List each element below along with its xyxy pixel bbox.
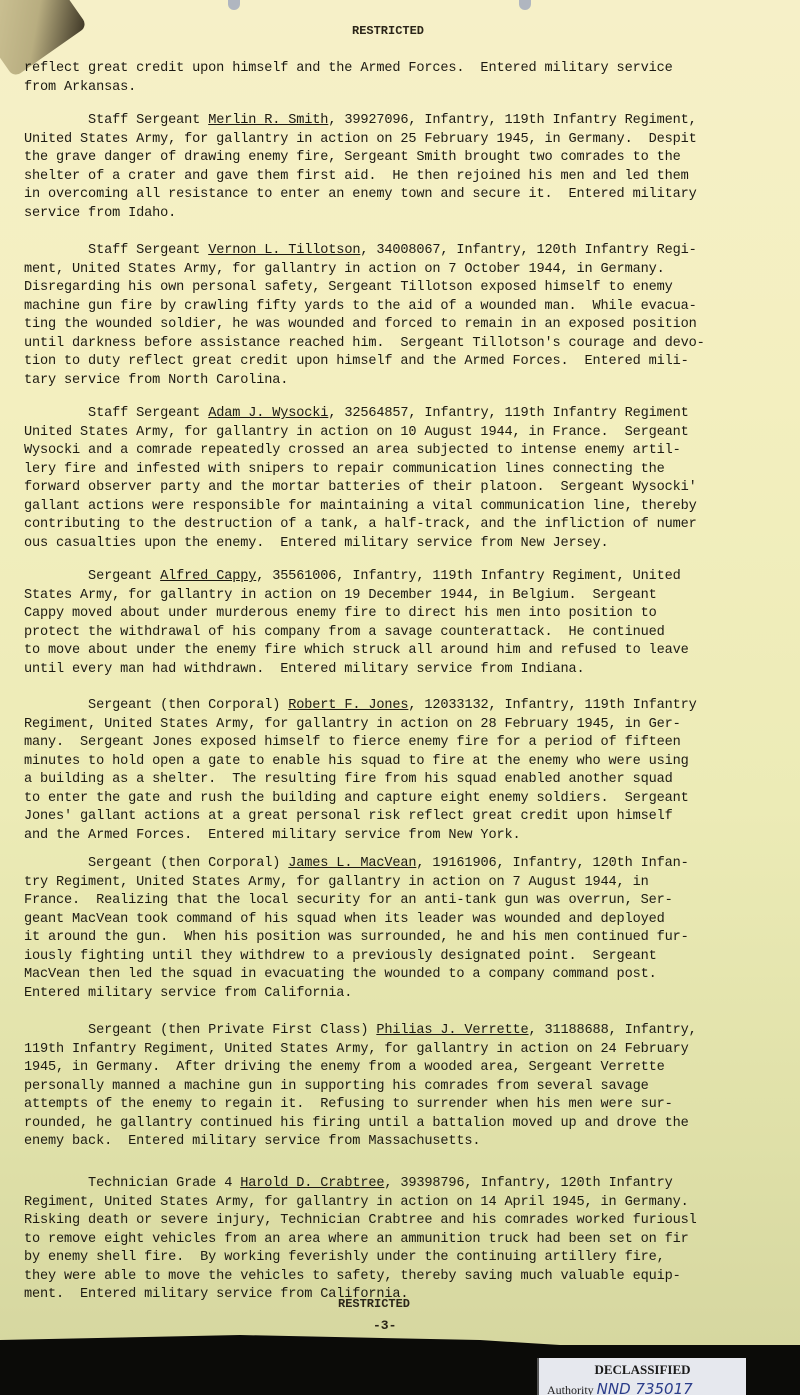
- text-line: enemy back. Entered military service fro…: [24, 1133, 784, 1152]
- citation-paragraph: Sergeant (then Corporal) Robert F. Jones…: [24, 697, 784, 845]
- text-line: Wysocki and a comrade repeatedly crossed…: [24, 442, 784, 461]
- text-line: Cappy moved about under murderous enemy …: [24, 605, 784, 624]
- text-line: service from Idaho.: [24, 205, 784, 224]
- text-line: a building as a shelter. The resulting f…: [24, 771, 784, 790]
- citation-paragraph: Sergeant Alfred Cappy, 35561006, Infantr…: [24, 568, 784, 679]
- citation-paragraph: Staff Sergeant Vernon L. Tillotson, 3400…: [24, 242, 784, 390]
- text-line: United States Army, for gallantry in act…: [24, 424, 784, 443]
- restricted-stamp-top: RESTRICTED: [352, 24, 424, 38]
- recipient-name: Adam J. Wysocki: [208, 406, 328, 421]
- text-line: ment, United States Army, for gallantry …: [24, 261, 784, 280]
- punch-hole: [228, 0, 240, 10]
- text-line: 119th Infantry Regiment, United States A…: [24, 1041, 784, 1060]
- text-line: tary service from North Carolina.: [24, 372, 784, 391]
- text-line: MacVean then led the squad in evacuating…: [24, 966, 784, 985]
- recipient-name: Vernon L. Tillotson: [208, 243, 360, 258]
- text-line: to enter the gate and rush the building …: [24, 790, 784, 809]
- text-line: they were able to move the vehicles to s…: [24, 1268, 784, 1287]
- text-line: shelter of a crater and gave them first …: [24, 168, 784, 187]
- text-line: Sergeant (then Corporal) James L. MacVea…: [24, 855, 784, 874]
- text-line: Regiment, United States Army, for gallan…: [24, 1194, 784, 1213]
- recipient-name: Alfred Cappy: [160, 569, 256, 584]
- text-line: Entered military service from California…: [24, 985, 784, 1004]
- text-line: until darkness before assistance reached…: [24, 335, 784, 354]
- text-line: geant MacVean took command of his squad …: [24, 911, 784, 930]
- text-line: attempts of the enemy to regain it. Refu…: [24, 1096, 784, 1115]
- restricted-stamp-bottom: RESTRICTED: [338, 1297, 410, 1311]
- recipient-name: James L. MacVean: [288, 856, 416, 871]
- text-line: to move about under the enemy fire which…: [24, 642, 784, 661]
- text-line: it around the gun. When his position was…: [24, 929, 784, 948]
- text-line: machine gun fire by crawling fifty yards…: [24, 298, 784, 317]
- text-line: personally manned a machine gun in suppo…: [24, 1078, 784, 1097]
- authority-value: NND 735017: [597, 1380, 693, 1395]
- text-line: and the Armed Forces. Entered military s…: [24, 827, 784, 846]
- text-line: Regiment, United States Army, for gallan…: [24, 716, 784, 735]
- citation-paragraph: Technician Grade 4 Harold D. Crabtree, 3…: [24, 1175, 784, 1305]
- recipient-name: Philias J. Verrette: [376, 1023, 528, 1038]
- text-line: in overcoming all resistance to enter an…: [24, 186, 784, 205]
- declassified-authority: Authority NND 735017: [547, 1380, 693, 1395]
- text-line: ous casualties upon the enemy. Entered m…: [24, 535, 784, 554]
- punch-hole: [519, 0, 531, 10]
- text-line: forward observer party and the mortar ba…: [24, 479, 784, 498]
- text-line: iously fighting until they withdrew to a…: [24, 948, 784, 967]
- citation-paragraph: Sergeant (then Private First Class) Phil…: [24, 1022, 784, 1152]
- recipient-name: Harold D. Crabtree: [240, 1176, 384, 1191]
- text-line: reflect great credit upon himself and th…: [24, 60, 784, 79]
- text-line: ting the wounded soldier, he was wounded…: [24, 316, 784, 335]
- text-line: States Army, for gallantry in action on …: [24, 587, 784, 606]
- citation-paragraph: reflect great credit upon himself and th…: [24, 60, 784, 97]
- recipient-name: Merlin R. Smith: [208, 113, 328, 128]
- text-line: Sergeant Alfred Cappy, 35561006, Infantr…: [24, 568, 784, 587]
- text-line: contributing to the destruction of a tan…: [24, 516, 784, 535]
- page-number: -3-: [373, 1318, 396, 1333]
- text-line: by enemy shell fire. By working feverish…: [24, 1249, 784, 1268]
- text-line: Staff Sergeant Merlin R. Smith, 39927096…: [24, 112, 784, 131]
- text-line: Sergeant (then Corporal) Robert F. Jones…: [24, 697, 784, 716]
- text-line: from Arkansas.: [24, 79, 784, 98]
- text-line: to remove eight vehicles from an area wh…: [24, 1231, 784, 1250]
- text-line: Staff Sergeant Adam J. Wysocki, 32564857…: [24, 405, 784, 424]
- text-line: Disregarding his own personal safety, Se…: [24, 279, 784, 298]
- citation-paragraph: Sergeant (then Corporal) James L. MacVea…: [24, 855, 784, 1003]
- authority-label: Authority: [547, 1383, 594, 1395]
- text-line: gallant actions were responsible for mai…: [24, 498, 784, 517]
- text-line: Staff Sergeant Vernon L. Tillotson, 3400…: [24, 242, 784, 261]
- text-line: lery fire and infested with snipers to r…: [24, 461, 784, 480]
- text-line: Technician Grade 4 Harold D. Crabtree, 3…: [24, 1175, 784, 1194]
- document-page: RESTRICTED reflect great credit upon him…: [0, 0, 800, 1345]
- declassified-label: DECLASSIFIED Authority NND 735017: [537, 1358, 746, 1395]
- text-line: Risking death or severe injury, Technici…: [24, 1212, 784, 1231]
- text-line: France. Realizing that the local securit…: [24, 892, 784, 911]
- text-line: Sergeant (then Private First Class) Phil…: [24, 1022, 784, 1041]
- recipient-name: Robert F. Jones: [288, 698, 408, 713]
- declassified-title: DECLASSIFIED: [539, 1362, 746, 1378]
- text-line: United States Army, for gallantry in act…: [24, 131, 784, 150]
- citation-paragraph: Staff Sergeant Adam J. Wysocki, 32564857…: [24, 405, 784, 553]
- text-line: try Regiment, United States Army, for ga…: [24, 874, 784, 893]
- text-line: until every man had withdrawn. Entered m…: [24, 661, 784, 680]
- text-line: many. Sergeant Jones exposed himself to …: [24, 734, 784, 753]
- text-line: protect the withdrawal of his company fr…: [24, 624, 784, 643]
- text-line: tion to duty reflect great credit upon h…: [24, 353, 784, 372]
- text-line: rounded, he gallantry continued his firi…: [24, 1115, 784, 1134]
- text-line: Jones' gallant actions at a great person…: [24, 808, 784, 827]
- text-line: the grave danger of drawing enemy fire, …: [24, 149, 784, 168]
- citation-paragraph: Staff Sergeant Merlin R. Smith, 39927096…: [24, 112, 784, 223]
- text-line: 1945, in Germany. After driving the enem…: [24, 1059, 784, 1078]
- text-line: minutes to hold open a gate to enable hi…: [24, 753, 784, 772]
